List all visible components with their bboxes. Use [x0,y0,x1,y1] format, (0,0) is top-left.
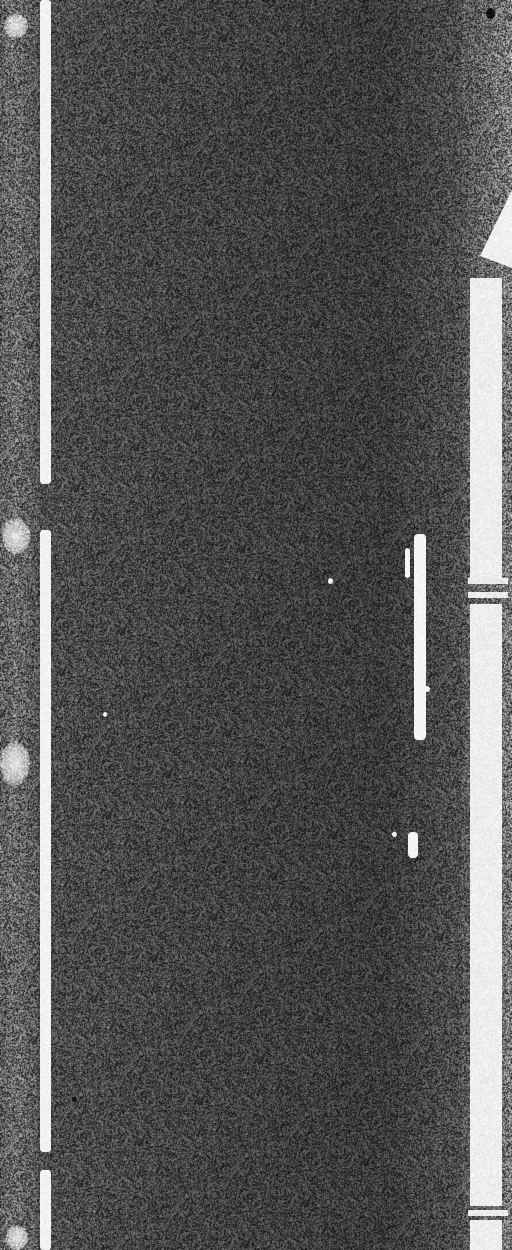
reflection-blob [4,14,28,38]
debris-fragment [405,548,410,578]
edge-crossbar [468,1210,508,1216]
debris-streak [414,534,426,740]
left-lane-line-segment [40,530,51,1152]
edge-crossbar [468,592,508,598]
dark-spot [486,8,495,19]
reflection-blob [6,1225,28,1250]
asphalt-lane [38,0,472,1250]
road-scan-image [0,0,512,1250]
right-edge-line-segment [470,604,502,1206]
left-lane-line-segment [40,0,51,484]
debris-speck [328,578,333,584]
dark-spot [72,1097,77,1102]
left-lane-line-segment [40,1170,51,1250]
debris-fragment [420,686,430,692]
reflection-blob [0,742,30,786]
debris-chunk [408,832,418,858]
debris-speck [103,712,107,717]
pavement-arrow-icon [478,190,512,270]
dark-spot [222,860,226,864]
right-edge-line-segment [470,278,502,578]
debris-speck [392,832,397,837]
left-shoulder [0,0,38,1250]
edge-crossbar [468,578,508,584]
right-edge-line-segment [470,1220,502,1250]
reflection-blob [2,518,30,554]
